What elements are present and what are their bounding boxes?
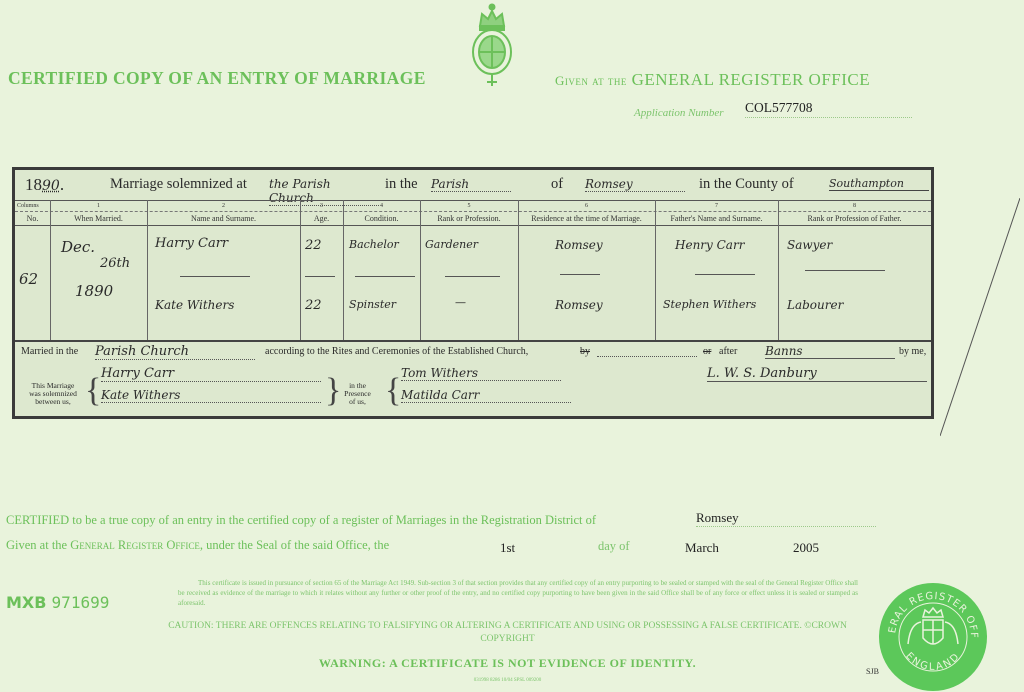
caution-notice: CAUTION: THERE ARE OFFENCES RELATING TO … bbox=[165, 620, 850, 646]
after-value: Banns bbox=[765, 344, 895, 359]
groom-residence: Romsey bbox=[555, 238, 603, 252]
registrar-initials: SJB bbox=[866, 667, 879, 676]
bride-name: Kate Withers bbox=[155, 298, 234, 312]
given-office: General Register Office bbox=[70, 538, 200, 552]
column-header-age: Age. bbox=[300, 214, 343, 223]
presence-line-3: of us, bbox=[335, 398, 380, 406]
marriage-year: 1890 bbox=[75, 282, 113, 300]
groom-age: 22 bbox=[305, 238, 322, 253]
bride-father-name: Stephen Withers bbox=[663, 298, 756, 311]
legal-notice: This certificate is issued in pursuance … bbox=[178, 578, 858, 608]
column-number-2: 2 bbox=[147, 203, 300, 209]
given-suffix: , under the Seal of the said Office, the bbox=[200, 538, 389, 552]
in-the-label: in the bbox=[385, 176, 418, 193]
county-label: in the County of bbox=[699, 176, 794, 193]
column-number-8: 8 bbox=[778, 203, 931, 209]
certified-year-value: 2005 bbox=[793, 540, 819, 556]
identity-warning: WARNING: A CERTIFICATE IS NOT EVIDENCE O… bbox=[165, 656, 850, 671]
column-number-4: 4 bbox=[343, 203, 420, 209]
column-header-residence: Residence at the time of Marriage. bbox=[518, 214, 655, 223]
column-header-no: No. bbox=[15, 214, 50, 223]
column-header-when-married: When Married. bbox=[50, 214, 147, 223]
column-header-name: Name and Surname. bbox=[147, 214, 300, 223]
application-number-label: Application Number bbox=[634, 107, 724, 119]
groom-name: Harry Carr bbox=[155, 236, 228, 251]
by-licence-struck: by bbox=[580, 346, 590, 357]
married-in-label: Married in the bbox=[21, 346, 78, 357]
married-in-value: Parish Church bbox=[95, 344, 255, 360]
solemnized-place-value: the Parish Church bbox=[269, 177, 379, 206]
column-header-condition: Condition. bbox=[343, 214, 420, 223]
parish-value: Romsey bbox=[585, 177, 685, 192]
groom-signature: Harry Carr bbox=[101, 366, 321, 382]
register-year-line: 1890. bbox=[25, 175, 64, 195]
general-register-office-seal-icon: GENERAL REGISTER OFFICE ENGLAND bbox=[878, 582, 988, 692]
column-header-father: Father's Name and Surname. bbox=[655, 214, 778, 223]
column-number-1: 1 bbox=[50, 203, 147, 209]
or-struck: or bbox=[703, 346, 711, 357]
bride-rank: — bbox=[455, 296, 466, 309]
register-year-hand: 90 bbox=[42, 178, 60, 194]
column-header-rank: Rank or Profession. bbox=[420, 214, 518, 223]
solemnized-between-label: This Marriage was solemnized between us, bbox=[23, 382, 83, 406]
serial-prefix: MXB bbox=[6, 593, 46, 612]
day-of-label: day of bbox=[598, 539, 630, 554]
issuing-office-title: Given at the GENERAL REGISTER OFFICE bbox=[555, 70, 870, 90]
solemnized-label: Marriage solemnized at bbox=[110, 176, 247, 193]
bride-age: 22 bbox=[305, 298, 322, 313]
registration-district-value: Romsey bbox=[696, 510, 876, 527]
fold-line-decoration bbox=[940, 198, 1020, 438]
of-label: of bbox=[551, 176, 563, 193]
rites-label: according to the Rites and Ceremonies of… bbox=[265, 346, 528, 357]
column-number-3: 3 bbox=[300, 203, 343, 209]
groom-rank: Gardener bbox=[425, 238, 478, 251]
marriage-day: 26th bbox=[100, 256, 130, 271]
groom-father-rank: Sawyer bbox=[787, 238, 832, 252]
by-me-label: by me, bbox=[899, 346, 926, 357]
column-number-6: 6 bbox=[518, 203, 655, 209]
county-value: Southampton bbox=[829, 177, 929, 191]
given-prefix: Given at the bbox=[6, 538, 67, 552]
serial-digits: 971699 bbox=[52, 593, 110, 612]
register-entry-box: 1890. Marriage solemnized at the Parish … bbox=[12, 167, 934, 419]
column-number-5: 5 bbox=[420, 203, 518, 209]
bride-signature: Kate Withers bbox=[101, 388, 321, 403]
groom-father-name: Henry Carr bbox=[675, 238, 744, 252]
solemnized-between-line-3: between us, bbox=[23, 398, 83, 406]
marriage-month: Dec. bbox=[61, 238, 95, 256]
column-number-7: 7 bbox=[655, 203, 778, 209]
district-type-value: Parish bbox=[431, 177, 511, 192]
application-number-value: COL577708 bbox=[745, 100, 912, 118]
column-header-father-rank: Rank or Profession of Father. bbox=[778, 214, 931, 223]
royal-crest-icon bbox=[468, 2, 516, 88]
after-label: after bbox=[719, 346, 737, 357]
entry-number: 62 bbox=[19, 270, 38, 288]
bride-father-rank: Labourer bbox=[787, 298, 843, 312]
register-year-printed: 18 bbox=[25, 175, 42, 194]
certificate-serial-number: MXB 971699 bbox=[6, 593, 109, 612]
form-code: 031998 8286 10/04 SPSL 009200 bbox=[165, 678, 850, 683]
groom-condition: Bachelor bbox=[349, 238, 399, 251]
certified-month-value: March bbox=[685, 540, 719, 556]
certified-statement: CERTIFIED to be a true copy of an entry … bbox=[6, 513, 596, 528]
officiant-signature: L. W. S. Danbury bbox=[707, 366, 927, 382]
issuing-office-name: GENERAL REGISTER OFFICE bbox=[632, 70, 871, 89]
bride-residence: Romsey bbox=[555, 298, 603, 312]
witness-2-signature: Matilda Carr bbox=[401, 388, 571, 403]
columns-label: Columns bbox=[15, 203, 52, 209]
certified-day-value: 1st bbox=[500, 540, 515, 556]
presence-label: in the Presence of us, bbox=[335, 382, 380, 406]
witness-1-signature: Tom Withers bbox=[401, 366, 561, 381]
bride-condition: Spinster bbox=[349, 298, 396, 311]
issuing-office-prefix: Given at the bbox=[555, 73, 627, 88]
certificate-title: CERTIFIED COPY OF AN ENTRY OF MARRIAGE bbox=[8, 68, 426, 89]
given-at-statement: Given at the General Register Office, un… bbox=[6, 538, 389, 553]
